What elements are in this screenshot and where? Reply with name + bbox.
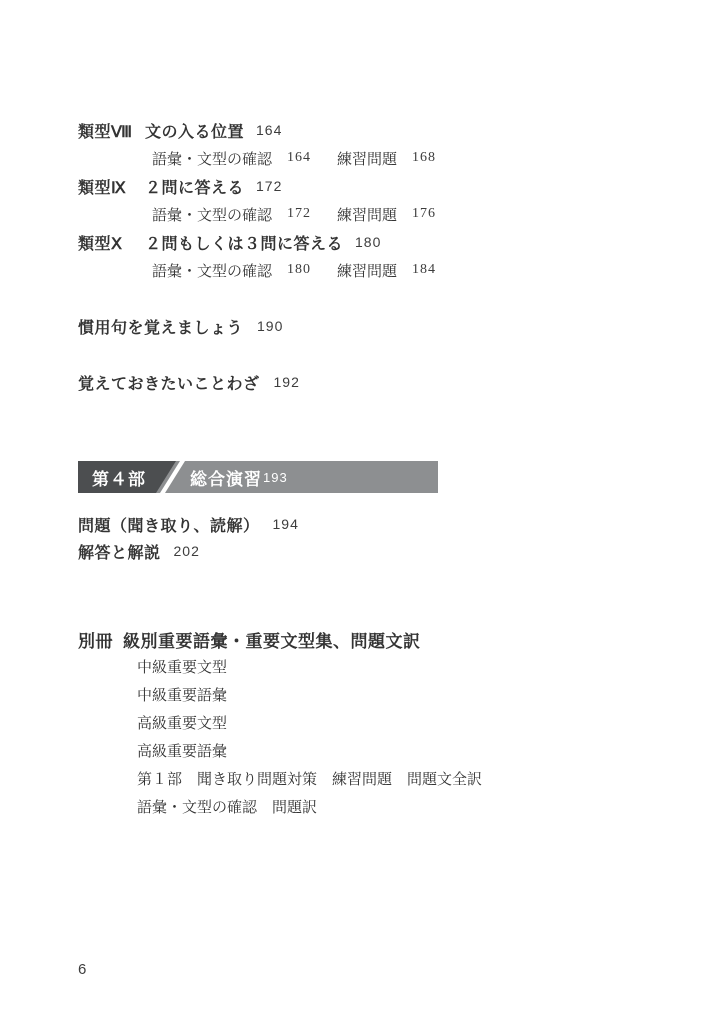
sub-label: 練習問題 bbox=[337, 148, 397, 169]
toc-sub-entry: 語彙・文型の確認 164 練習問題 168 bbox=[78, 144, 638, 172]
appendix-item: 第１部 聞き取り問題対策 練習問題 問題文全訳 bbox=[137, 764, 482, 792]
appendix-item: 語彙・文型の確認 問題訳 bbox=[137, 792, 482, 820]
sub-label: 語彙・文型の確認 bbox=[152, 260, 272, 281]
type-title: ２問に答える bbox=[145, 175, 244, 198]
type-title: 文の入る位置 bbox=[145, 119, 244, 142]
standalone-page: 192 bbox=[274, 374, 300, 390]
type-label: 類型Ⅸ bbox=[78, 175, 145, 198]
appendix-item: 高級重要語彙 bbox=[137, 736, 482, 764]
sub-label: 練習問題 bbox=[337, 260, 397, 281]
page-number: 6 bbox=[78, 961, 86, 978]
appendix-item: 中級重要語彙 bbox=[137, 680, 482, 708]
part4-page: 194 bbox=[273, 516, 299, 532]
type-label: 類型Ⅷ bbox=[78, 119, 145, 142]
banner-title: 総合演習 bbox=[190, 461, 262, 493]
type-title: ２問もしくは３問に答える bbox=[145, 231, 343, 254]
standalone-title: 慣用句を覚えましょう bbox=[78, 315, 243, 338]
sub-label: 語彙・文型の確認 bbox=[152, 148, 272, 169]
banner-page: 193 bbox=[263, 461, 288, 493]
part4-entry: 解答と解説 202 bbox=[78, 541, 200, 561]
sub-page: 164 bbox=[287, 150, 311, 166]
type-page: 164 bbox=[256, 122, 282, 138]
sub-page: 176 bbox=[412, 206, 436, 222]
sub-label: 語彙・文型の確認 bbox=[152, 204, 272, 225]
sub-page: 172 bbox=[287, 206, 311, 222]
sub-page: 168 bbox=[412, 150, 436, 166]
type-page: 180 bbox=[355, 234, 381, 250]
banner-part-label: 第４部 bbox=[92, 461, 146, 493]
part-banner: 第４部 総合演習 193 bbox=[78, 461, 438, 493]
toc-standalone-entry: 慣用句を覚えましょう 190 bbox=[78, 316, 283, 336]
type-page: 172 bbox=[256, 178, 282, 194]
part4-title: 解答と解説 bbox=[78, 540, 161, 563]
standalone-page: 190 bbox=[257, 318, 283, 334]
type-label: 類型Ⅹ bbox=[78, 231, 145, 254]
part4-title: 問題（聞き取り、読解） bbox=[78, 513, 260, 536]
standalone-title: 覚えておきたいことわざ bbox=[78, 371, 260, 394]
appendix-heading: 別冊 級別重要語彙・重要文型集、問題文訳 bbox=[78, 628, 421, 650]
part4-entry: 問題（聞き取り、読解） 194 bbox=[78, 514, 299, 534]
toc-standalone-entry: 覚えておきたいことわざ 192 bbox=[78, 372, 300, 392]
toc-page: 類型Ⅷ 文の入る位置 164 語彙・文型の確認 164 練習問題 168 類型Ⅸ… bbox=[0, 0, 723, 1024]
toc-type-entry: 類型Ⅷ 文の入る位置 164 bbox=[78, 116, 638, 144]
toc-sub-entry: 語彙・文型の確認 172 練習問題 176 bbox=[78, 200, 638, 228]
toc-sub-entry: 語彙・文型の確認 180 練習問題 184 bbox=[78, 256, 638, 284]
sub-page: 184 bbox=[412, 262, 436, 278]
appendix-label: 別冊 bbox=[78, 627, 113, 652]
sub-label: 練習問題 bbox=[337, 204, 397, 225]
toc-type-entry: 類型Ⅸ ２問に答える 172 bbox=[78, 172, 638, 200]
appendix-item: 中級重要文型 bbox=[137, 652, 482, 680]
toc-type-entry: 類型Ⅹ ２問もしくは３問に答える 180 bbox=[78, 228, 638, 256]
type-section: 類型Ⅷ 文の入る位置 164 語彙・文型の確認 164 練習問題 168 類型Ⅸ… bbox=[78, 116, 638, 284]
appendix-list: 中級重要文型 中級重要語彙 高級重要文型 高級重要語彙 第１部 聞き取り問題対策… bbox=[137, 652, 482, 820]
appendix-title: 級別重要語彙・重要文型集、問題文訳 bbox=[123, 627, 421, 652]
part4-page: 202 bbox=[174, 543, 200, 559]
sub-page: 180 bbox=[287, 262, 311, 278]
appendix-item: 高級重要文型 bbox=[137, 708, 482, 736]
